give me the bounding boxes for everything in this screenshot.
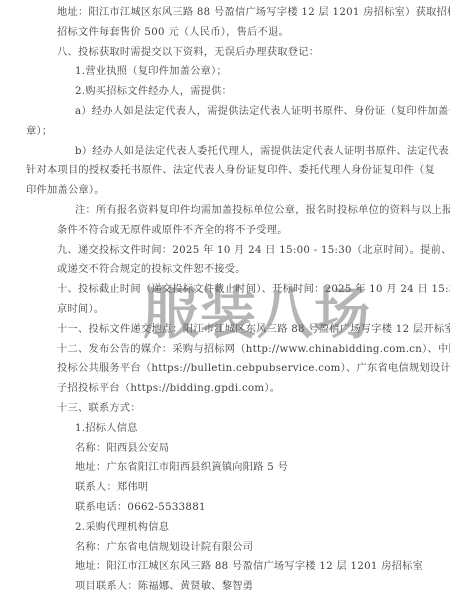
document-line: 联系电话：0662-5533881: [0, 498, 450, 518]
document-line: 章）；: [0, 122, 450, 142]
document-line: a）经办人如是法定代表人，需提供法定代表人证明书原件、身份证（复印件加盖公: [0, 102, 450, 122]
document-line: 2.采购代理机构信息: [0, 518, 450, 538]
document-line: 九、递交投标文件时间：2025 年 10 月 24 日 15:00 - 15:3…: [0, 241, 450, 261]
document-line: 1.营业执照（复印件加盖公章）；: [0, 62, 450, 82]
document-lines: 地址：阳江市江城区东风三路 88 号盈信广场写字楼 12 层 1201 房招标室…: [0, 3, 450, 597]
document-line: 子招投标平台（https://bidding.gpdi.com）。: [0, 379, 450, 399]
document-line: 或递交不符合规定的投标文件恕不接受。: [0, 260, 450, 280]
document-line: 十二、发布公告的媒介：采购与招标网（http://www.chinabiddin…: [0, 340, 450, 360]
document-line: 十三、联系方式：: [0, 399, 450, 419]
document-line: 1.招标人信息: [0, 419, 450, 439]
document-line: 投标公共服务平台（https://bulletin.cebpubservice.…: [0, 359, 450, 379]
document-line: 十、投标截止时间（递交投标文件截止时间）、开标时间：2025 年 10 月 24…: [0, 280, 450, 300]
document-line: 地址：广东省阳江市阳西县织篢镇向阳路 5 号: [0, 458, 450, 478]
document-line: 名称：广东省电信规划设计院有限公司: [0, 538, 450, 558]
document-line: 八、投标获取时需提交以下资料，无误后办理获取登记：: [0, 43, 450, 63]
document-line: 条件不符合或无原件或原件不齐全的将不予受理。: [0, 221, 450, 241]
document-line: 招标文件每套售价 500 元（人民币），售后不退。: [0, 23, 450, 43]
document-line: 2.购买招标文件经办人，需提供：: [0, 82, 450, 102]
document-line: 地址：阳江市江城区东风三路 88 号盈信广场写字楼 12 层 1201 房招标室: [0, 557, 450, 577]
document-page: 地址：阳江市江城区东风三路 88 号盈信广场写字楼 12 层 1201 房招标室…: [0, 3, 450, 597]
document-line: 印件加盖公章）。: [0, 181, 450, 201]
document-line: 针对本项目的授权委托书原件、法定代表人身份证复印件、委托代理人身份证复印件（复: [0, 161, 450, 181]
document-line: b）经办人如是法定代表人委托代理人，需提供法定代表人证明书原件、法定代表人: [0, 142, 450, 162]
document-line: 联系人：郑伟明: [0, 478, 450, 498]
document-line: 地址：阳江市江城区东风三路 88 号盈信广场写字楼 12 层 1201 房招标室…: [0, 3, 450, 23]
document-line: 十一、投标文件递交地点：阳江市江城区东风三路 88 号盈信广场写字楼 12 层开…: [0, 320, 450, 340]
document-line: 京时间）。: [0, 300, 450, 320]
document-line: 名称：阳西县公安局: [0, 439, 450, 459]
document-line: 注：所有报名资料复印件均需加盖投标单位公章，报名时投标单位的资料与以上报名: [0, 201, 450, 221]
document-line: 项目联系人：陈福娜、黄贤敏、黎智勇: [0, 577, 450, 597]
